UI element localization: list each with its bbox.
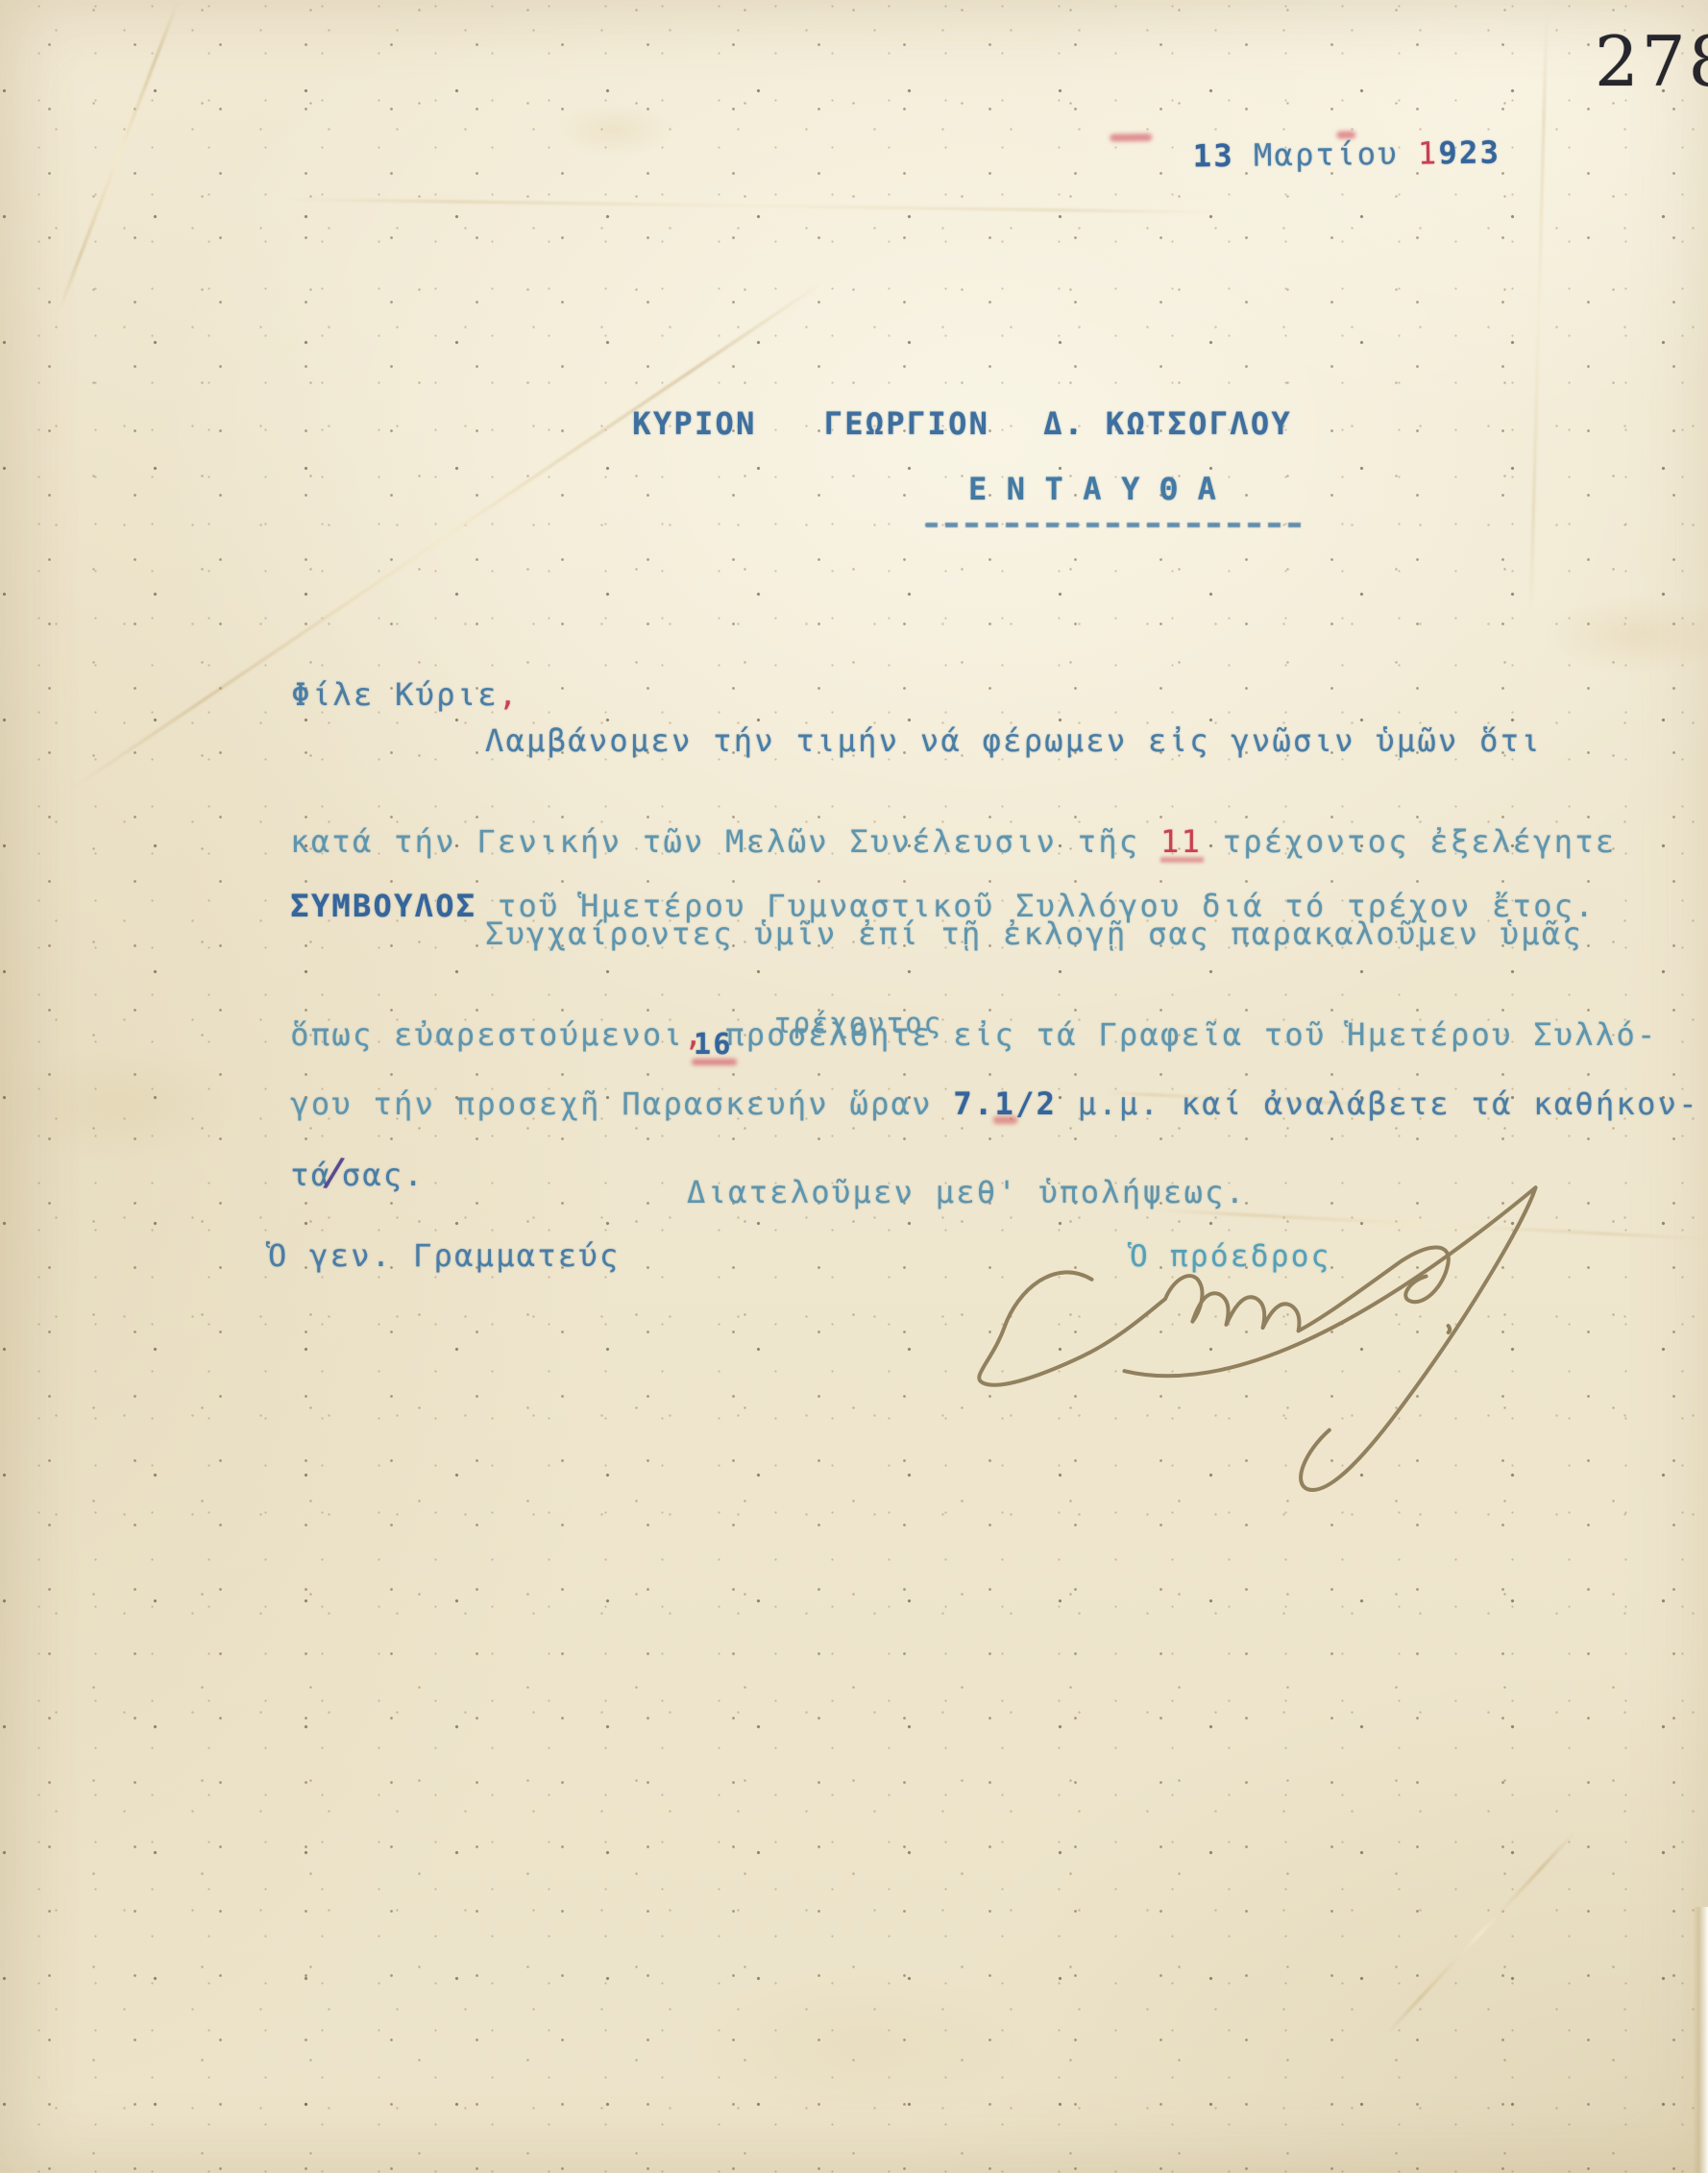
crease-line [288, 198, 1230, 214]
date-line: 13Μαρτίου1923 [1110, 98, 1502, 287]
signature-stroke [1121, 1187, 1542, 1494]
red-ink-smudge [1336, 131, 1355, 138]
date-year-first-digit: 1 [1418, 135, 1439, 172]
body-line-6-mid: ὥραν [829, 1086, 953, 1122]
superscript-date-16: 16 [694, 1028, 733, 1062]
date-day: 13 [1193, 137, 1235, 175]
body-line-5-pre: ὅπως εὐαρεστούμενοι [290, 1016, 684, 1053]
salutation: Φίλε Κύριε, [208, 640, 520, 750]
recipient-last-name: Δ. ΚΩΤΣΟΓΛΟΥ [1043, 405, 1292, 442]
time-hours: 7. [953, 1086, 994, 1122]
body-line-6-post: μ.μ. καί ἀναλάβετε τά καθήκον- [1057, 1086, 1699, 1122]
time-fraction-numerator: 1 [995, 1086, 1016, 1122]
paper-edge [1693, 1907, 1708, 2173]
crease-line [58, 1, 179, 311]
body-line-7-b: σας. [342, 1157, 425, 1193]
signature-stroke [977, 1267, 1301, 1385]
body-line-3-emphasis: ΣΥΜΒΟΥΛΟΣ [290, 888, 476, 924]
salutation-text: Φίλε Κύριε [291, 676, 499, 713]
handwritten-slash: / [321, 1149, 351, 1197]
date-month: Μαρτίου [1254, 135, 1399, 174]
letter-page: 278 13Μαρτίου1923 ΚΥΡΙΟΝΓΕΩΡΓΙΟΝΔ. ΚΩΤΣΟ… [0, 0, 1708, 2173]
salutation-comma: , [499, 676, 520, 713]
page-number: 278 [1595, 21, 1708, 102]
crease-line [1384, 1830, 1576, 2036]
president-signature [947, 1158, 1589, 1536]
body-line-4: Συγχαίροντες ὑμῖν ἐπί τῇ ἐκλογῇ σας παρα… [485, 916, 1583, 952]
recipient-line: ΚΥΡΙΟΝΓΕΩΡΓΙΟΝΔ. ΚΩΤΣΟΓΛΟΥ [549, 369, 1292, 479]
secretary-label: Ὁ γεν. Γραμματεύς [268, 1237, 621, 1274]
recipient-title: ΚΥΡΙΟΝ [632, 405, 756, 442]
body-line-7: τά/σας. [207, 1113, 425, 1233]
time-fraction-rest: /2 [1015, 1086, 1057, 1122]
recipient-first-name: ΓΕΩΡΓΙΟΝ [824, 405, 990, 442]
signature-stroke [1297, 1247, 1451, 1335]
crease-line [1529, 11, 1548, 616]
date-year-rest: 923 [1438, 134, 1501, 172]
place-line: ΕΝΤΑΥΘΑ [968, 471, 1235, 507]
dashed-underline [925, 523, 1307, 527]
body-line-1: Λαμβάνομεν τήν τιμήν νά φέρωμεν εἰς γνῶσ… [485, 722, 1542, 759]
body-line-6: γου τήν προσεχῆ Παρασκευήν16 ὥραν 7.1/2 … [207, 1049, 1699, 1160]
interline-insertion: τρέχοντος [774, 1007, 942, 1039]
red-ink-smudge [1110, 134, 1152, 142]
